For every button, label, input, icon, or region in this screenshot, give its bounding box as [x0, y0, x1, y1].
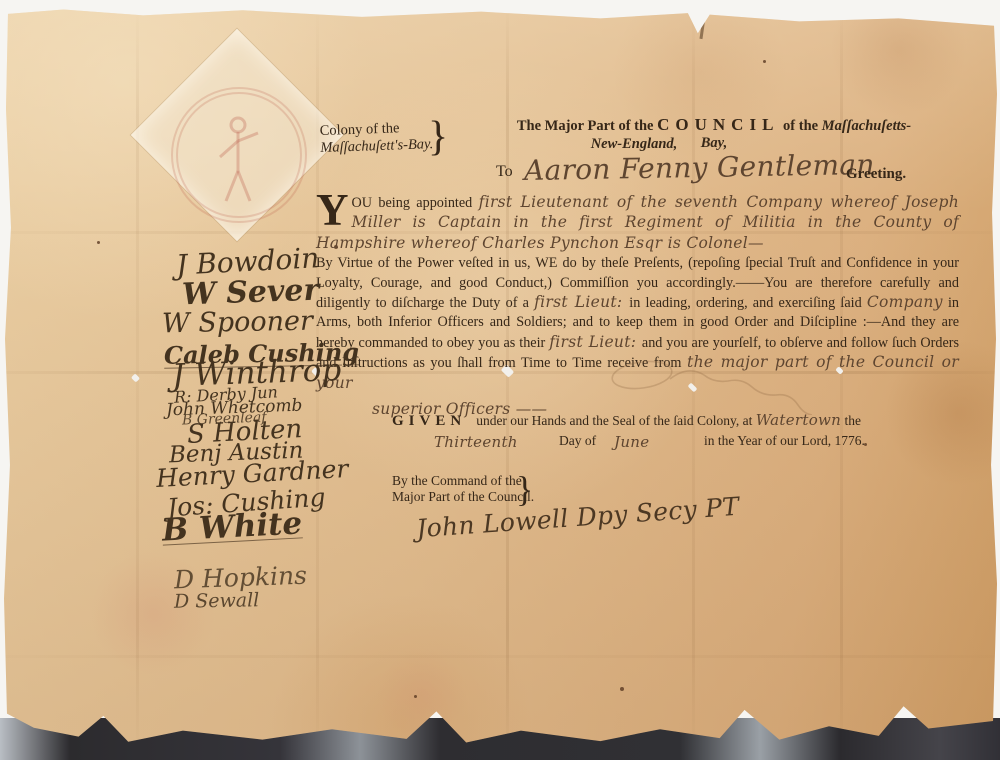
given-word: GIVEN	[392, 413, 466, 429]
ink-speck	[97, 241, 100, 244]
signature: B White	[161, 505, 303, 548]
day-insert: Thirteenth	[434, 433, 518, 451]
month-insert: June	[614, 433, 649, 451]
council-title-post: of the	[779, 118, 821, 134]
given-text-d: in the Year of our Lord, 1776.	[704, 433, 865, 449]
council-title-pre: The Major Part of the	[517, 118, 657, 134]
addressee-name: Aaron Fenny Gentleman	[524, 148, 875, 187]
colony-caption-line2: Maſſachuſett's-Bay.	[320, 136, 439, 157]
company-insert: Company	[867, 293, 943, 311]
command-line-2: Major Part of the Council.	[392, 489, 534, 505]
body-print: in leading, ordering, and exerciſing ſai…	[629, 295, 867, 311]
signature: W Spooner	[162, 306, 313, 340]
command-line-1: By the Command of the	[392, 473, 534, 489]
rank-insert: first Lieut:	[534, 293, 629, 311]
ink-speck	[414, 695, 417, 698]
paper-tear	[699, 17, 705, 39]
dropcap-Y: Y	[316, 193, 352, 228]
to-label: To	[496, 163, 513, 181]
command-caption: By the Command of the Major Part of the …	[392, 473, 534, 505]
ink-speck	[620, 687, 624, 691]
given-text-c: Day of	[559, 433, 596, 449]
greeting-label: Greeting.	[846, 166, 906, 183]
ink-speck	[763, 60, 766, 63]
fold-crease-horizontal	[4, 655, 998, 658]
given-text-b: the	[841, 413, 861, 428]
given-line-1: GIVENunder our Hands and the Seal of the…	[392, 411, 967, 430]
document-photo: { "colors": { "paper": "#e3c093", "print…	[0, 0, 1000, 760]
signature: D Sewall	[174, 589, 260, 612]
council-word: COUNCIL	[657, 115, 779, 134]
brace-glyph: }	[516, 468, 533, 510]
ink-bleedthrough-flourish	[600, 353, 860, 415]
place-insert: Watertown	[756, 411, 841, 429]
given-clause: GIVENunder our Hands and the Seal of the…	[392, 411, 967, 453]
given-line-2: Thirteenth Day of June in the Year of ou…	[392, 433, 967, 453]
parchment-document: Colony of the Maſſachuſett's-Bay. } The …	[4, 5, 998, 747]
seal-figure-icon	[212, 113, 266, 205]
body-print: OU being appointed	[352, 195, 479, 211]
given-text-a: under our Hands and the Seal of the ſaid…	[476, 413, 756, 428]
colony-caption: Colony of the Maſſachuſett's-Bay.	[319, 119, 438, 157]
rank-insert: first Lieut:	[549, 333, 642, 351]
brace-glyph: }	[428, 113, 448, 161]
